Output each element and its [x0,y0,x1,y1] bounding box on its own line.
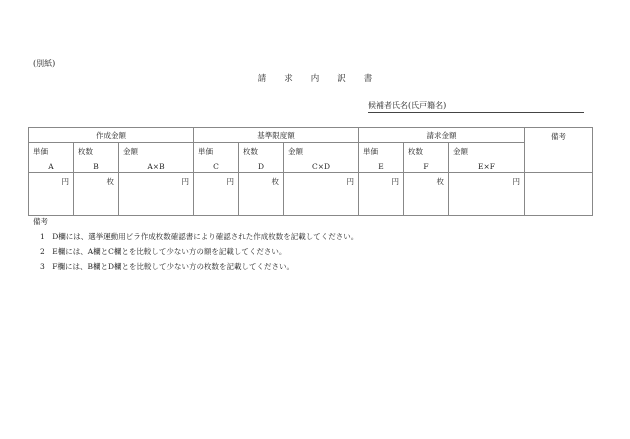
col-symbol: E×F [453,162,520,171]
col-label: 枚数 [243,146,279,157]
col-label: 金額 [123,146,189,157]
group-header-limit: 基準限度額 [194,128,359,143]
cell-unit-price-a[interactable]: 円 [29,173,74,216]
remarks-label: 備考 [551,132,566,141]
group-header-row: 作成金額 基準限度額 請求金額 備考 [29,128,593,143]
cell-amount-cd[interactable]: 円 [284,173,359,216]
data-row: 円 枚 円 円 枚 円 円 枚 円 [29,173,593,216]
col-label: 金額 [288,146,354,157]
candidate-name-field: 候補者氏名(氏戸籍名) [368,100,584,113]
note-item: 3 F欄には、B欄とD欄とを比較して少ない方の枚数を記載してください。 [33,259,358,274]
col-header: 金額A×B [119,143,194,173]
cell-count-f[interactable]: 枚 [404,173,449,216]
col-header: 単価A [29,143,74,173]
note-item: 2 E欄には、A欄とC欄とを比較して少ない方の額を記載してください。 [33,244,358,259]
col-header: 枚数B [74,143,119,173]
title-char: 書 [364,72,373,84]
col-header: 枚数D [239,143,284,173]
cell-unit-price-c[interactable]: 円 [194,173,239,216]
cell-count-d[interactable]: 枚 [239,173,284,216]
col-header: 金額E×F [449,143,525,173]
col-symbol: A [33,162,69,171]
claim-breakdown-table: 作成金額 基準限度額 請求金額 備考 単価A 枚数B 金額A×B 単価C 枚数D… [28,127,593,216]
cell-amount-ab[interactable]: 円 [119,173,194,216]
column-header-row: 単価A 枚数B 金額A×B 単価C 枚数D 金額C×D 単価E 枚数F 金額E×… [29,143,593,173]
title-char: 請 [258,72,267,84]
note-item: 1 D欄には、選挙運動用ビラ作成枚数確認書により確認された作成枚数を記載してくだ… [33,229,358,244]
title-char: 内 [311,72,320,84]
cell-remarks[interactable] [525,173,593,216]
col-symbol: C×D [288,162,354,171]
col-header: 単価E [359,143,404,173]
col-label: 単価 [363,146,399,157]
col-symbol: B [78,162,114,171]
group-header-production: 作成金額 [29,128,194,143]
col-symbol: E [363,162,399,171]
col-header: 金額C×D [284,143,359,173]
document-title: 請求内訳書 [0,72,630,84]
notes-heading: 備考 [33,214,358,229]
col-label: 枚数 [78,146,114,157]
notes-section: 備考 1 D欄には、選挙運動用ビラ作成枚数確認書により確認された作成枚数を記載し… [33,214,358,274]
col-label: 金額 [453,146,520,157]
remarks-header: 備考 [525,128,593,173]
col-label: 単価 [33,146,69,157]
group-header-claim: 請求金額 [359,128,525,143]
col-symbol: D [243,162,279,171]
title-char: 求 [284,72,293,84]
col-header: 単価C [194,143,239,173]
cell-unit-price-e[interactable]: 円 [359,173,404,216]
cell-amount-ef[interactable]: 円 [449,173,525,216]
col-symbol: A×B [123,162,189,171]
title-char: 訳 [337,72,346,84]
col-header: 枚数F [404,143,449,173]
col-symbol: F [408,162,444,171]
col-label: 単価 [198,146,234,157]
col-symbol: C [198,162,234,171]
col-label: 枚数 [408,146,444,157]
cell-count-b[interactable]: 枚 [74,173,119,216]
attachment-label: (別紙) [33,58,55,69]
